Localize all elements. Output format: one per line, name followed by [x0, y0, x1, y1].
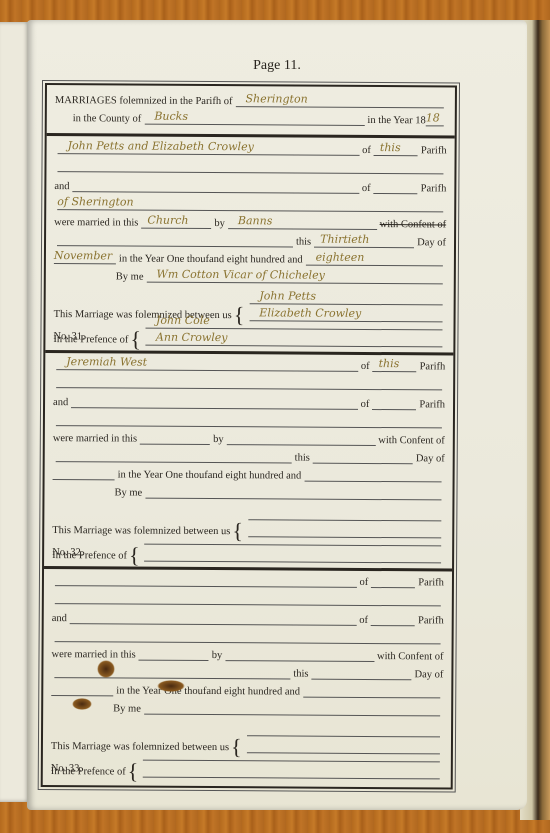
method-field: [225, 648, 374, 662]
label-parish: Parifh: [418, 577, 444, 588]
label-year-one-thousand: in the Year One thoufand eight hundred a…: [119, 253, 303, 265]
groom-field: [55, 573, 357, 588]
label-by-me: By me: [114, 487, 142, 498]
label-with-consent-of: with Confent of: [377, 651, 444, 662]
label-day-of: Day of: [417, 237, 446, 248]
bride-parish-field: [371, 613, 415, 626]
year-words-field: [303, 685, 440, 699]
entry-number: No. 31.: [53, 331, 84, 342]
signature-1: [248, 507, 441, 521]
header-parish-label: MARRIAGES folemnized in the Parifh of: [55, 95, 233, 107]
signature-1: [247, 723, 440, 737]
label-by-me: By me: [113, 703, 141, 714]
witness-1: John Cole: [146, 316, 443, 331]
groom-extra-line: [55, 591, 441, 606]
entry-number: No. 33.: [51, 763, 82, 774]
label-of: of: [361, 361, 370, 372]
bride-extra-line: [55, 629, 441, 644]
label-this: this: [296, 237, 311, 248]
groom-field: Jeremiah West: [56, 357, 358, 372]
bride-field: [71, 395, 357, 410]
label-by: by: [212, 650, 223, 661]
bride-field: [70, 611, 356, 626]
label-of: of: [361, 399, 370, 410]
label-parish: Parifh: [421, 183, 447, 194]
ink-stain: [72, 698, 92, 710]
header-parish-field: Sherington: [235, 94, 443, 108]
year-words-field: [304, 469, 441, 483]
consent-field: [56, 449, 292, 463]
label-of: of: [359, 615, 368, 626]
label-parish: Parifh: [421, 145, 447, 156]
header-county-field: Bucks: [144, 112, 364, 126]
label-this: this: [295, 453, 310, 464]
label-year-one-thousand: in the Year One thoufand eight hundred a…: [118, 469, 302, 481]
ink-stain: [97, 660, 115, 678]
groom-parish-field: [371, 575, 415, 588]
month-field: November: [54, 251, 116, 264]
label-parish: Parifh: [419, 399, 445, 410]
day-field: [313, 451, 413, 465]
witness-1: [143, 748, 440, 763]
label-by: by: [214, 218, 225, 229]
groom-field: John Petts and Elizabeth Crowley: [58, 141, 360, 156]
label-of: of: [359, 577, 368, 588]
place-field: [139, 648, 209, 661]
groom-parish-field: this: [373, 359, 417, 372]
ink-stain: [157, 680, 185, 692]
header-year-label: in the Year 18: [367, 115, 425, 126]
marriage-register-form: MARRIAGES folemnized in the Parifh of Sh…: [41, 83, 457, 790]
label-by: by: [213, 434, 224, 445]
groom-parish-field: this: [374, 143, 418, 156]
officiant-field: Wm Cotton Vicar of Chicheley: [147, 270, 443, 285]
label-and: and: [54, 181, 69, 192]
label-year-one-thousand: in the Year One thoufand eight hundred a…: [116, 685, 300, 697]
month-field: [51, 683, 113, 696]
label-of: of: [362, 145, 371, 156]
label-parish: Parifh: [420, 361, 446, 372]
bride-parish-field: [374, 181, 418, 194]
label-married-in-this: were married in this: [53, 433, 137, 445]
groom-extra-line: [56, 375, 442, 390]
label-married-in-this: were married in this: [51, 649, 135, 661]
method-field: Banns: [228, 216, 377, 230]
marriage-entry: Jeremiah West of this Parifh and of Pari…: [44, 351, 453, 571]
register-header: MARRIAGES folemnized in the Parifh of Sh…: [47, 85, 455, 138]
place-field: Church: [141, 216, 211, 229]
year-words-field: eighteen: [306, 253, 443, 267]
consent-field: [54, 665, 290, 679]
groom-extra-line: [57, 159, 443, 174]
bride-extra-line: [56, 413, 442, 428]
officiant-field: [145, 486, 441, 501]
label-with-consent-of: with Confent of: [378, 435, 445, 446]
witness-1: [145, 532, 442, 547]
label-day-of: Day of: [416, 453, 445, 464]
place-field: [140, 432, 210, 445]
page-number: Page 11.: [27, 58, 527, 74]
officiant-field: [144, 702, 440, 717]
label-married-in-this: were married in this: [54, 217, 138, 229]
label-by-me: By me: [116, 271, 144, 282]
label-of: of: [362, 183, 371, 194]
bride-field: [73, 179, 359, 194]
method-field: [227, 432, 376, 446]
consent-field: [57, 233, 293, 247]
label-and: and: [53, 397, 68, 408]
signature-1: John Petts: [249, 291, 442, 305]
header-year-field: 18: [426, 113, 444, 126]
header-county-label: in the County of: [73, 113, 142, 124]
left-page-edge: [0, 22, 30, 802]
bride-parish-field: [372, 397, 416, 410]
register-page: Page 11. MARRIAGES folemnized in the Par…: [27, 20, 527, 810]
entry-number: No. 32.: [52, 547, 83, 558]
label-parish: Parifh: [418, 615, 444, 626]
day-field: Thirtieth: [314, 235, 414, 249]
marriage-entry: John Petts and Elizabeth Crowley of this…: [45, 135, 454, 355]
label-with-consent-of: with Confent of: [380, 219, 447, 230]
day-field: [311, 667, 411, 681]
month-field: [53, 467, 115, 480]
bride-extra-line: of Sherington: [57, 197, 443, 212]
label-day-of: Day of: [414, 669, 443, 680]
label-and: and: [52, 613, 67, 624]
label-this: this: [293, 669, 308, 680]
